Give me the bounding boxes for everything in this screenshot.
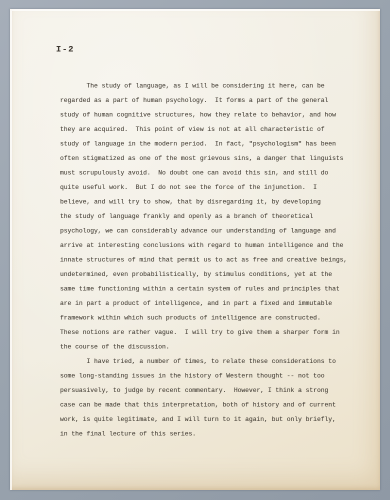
scan-background: { "document": { "page_number": "I-2", "l… <box>0 0 390 500</box>
text-line: persuasively, to judge by recent comment… <box>60 384 370 399</box>
page-number: I-2 <box>56 45 74 55</box>
text-line: regarded as a part of human psychology. … <box>60 94 370 109</box>
text-line: often stigmatized as one of the most gri… <box>60 152 370 167</box>
text-line: innate structures of mind that permit us… <box>60 253 370 268</box>
text-line: the study of language frankly and openly… <box>60 210 370 225</box>
text-line: some long-standing issues in the history… <box>60 369 370 384</box>
text-line: study of human cognitive structures, how… <box>60 108 370 123</box>
text-line: framework within which such products of … <box>60 311 370 326</box>
text-line: study of language in the modern period. … <box>60 137 370 152</box>
text-line: case can be made that this interpretatio… <box>60 398 370 413</box>
text-line: These notions are rather vague. I will t… <box>60 326 370 341</box>
document-page: I-2 The study of language, as I will be … <box>10 9 380 490</box>
text-line: in the final lecture of this series. <box>60 427 370 442</box>
text-line: they are acquired. This point of view is… <box>60 123 370 138</box>
text-line: the course of the discussion. <box>60 340 370 355</box>
text-line: undetermined, even probabilistically, by… <box>60 268 370 283</box>
text-line: believe, and will try to show, that by d… <box>60 195 370 210</box>
typed-lines: The study of language, as I will be cons… <box>60 79 370 442</box>
text-line: psychology, we can considerably advance … <box>60 224 370 239</box>
text-line: arrive at interesting conclusions with r… <box>60 239 370 254</box>
text-line: quite useful work. But I do not see the … <box>60 181 370 196</box>
text-line: same time functioning within a certain s… <box>60 282 370 297</box>
text-line: I have tried, a number of times, to rela… <box>60 355 370 370</box>
text-line: work, is quite legitimate, and I will tu… <box>60 413 370 428</box>
text-line: are in part a product of intelligence, a… <box>60 297 370 312</box>
text-line: must scrupulously avoid. No doubt one ca… <box>60 166 370 181</box>
text-line: The study of language, as I will be cons… <box>60 79 370 94</box>
